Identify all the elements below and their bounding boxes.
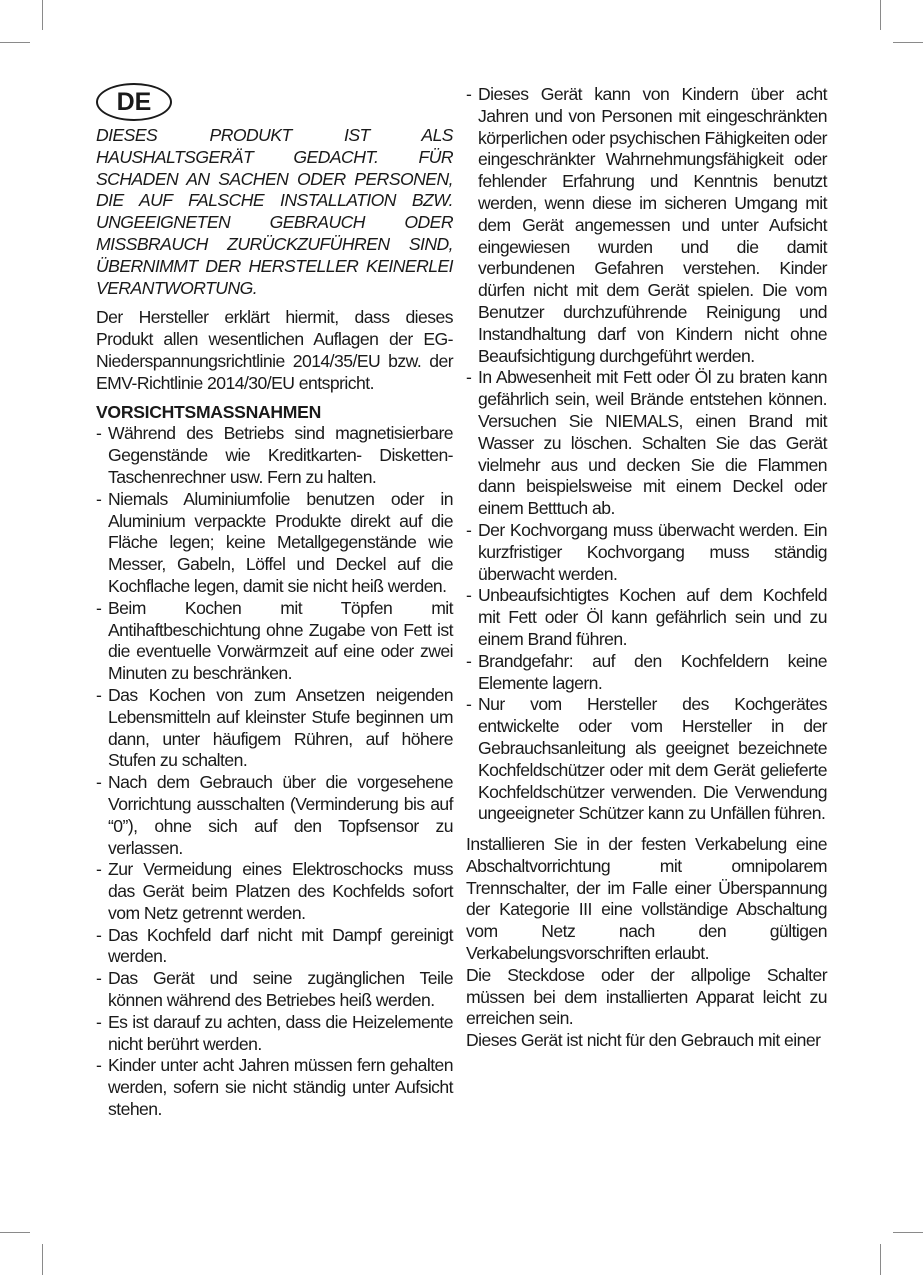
usage-paragraph: Dieses Gerät ist nicht für den Gebrauch … bbox=[466, 1030, 827, 1052]
list-item: Nach dem Gebrauch über die vorgesehene V… bbox=[96, 772, 453, 859]
list-item: Brandgefahr: auf den Kochfeldern keine E… bbox=[466, 651, 827, 695]
right-column: Dieses Gerät kann von Kindern über acht … bbox=[466, 84, 827, 1052]
list-item: In Abwesenheit mit Fett oder Öl zu brate… bbox=[466, 367, 827, 520]
crop-mark-bottom-left-v bbox=[42, 1244, 43, 1275]
language-code: DE bbox=[117, 88, 152, 117]
list-item: Beim Kochen mit Töpfen mit Antihaftbesch… bbox=[96, 598, 453, 685]
list-item: Das Kochen von zum Ansetzen neigenden Le… bbox=[96, 685, 453, 772]
crop-mark-bottom-right-h bbox=[893, 1232, 923, 1233]
precautions-list: Während des Betriebs sind magnetisierbar… bbox=[96, 423, 453, 1121]
crop-mark-top-right-h bbox=[893, 42, 923, 43]
crop-mark-bottom-left-h bbox=[0, 1232, 30, 1233]
section-heading-precautions: VORSICHTSMASSNAHMEN bbox=[96, 402, 453, 424]
list-item: Nur vom Hersteller des Kochgerätes entwi… bbox=[466, 694, 827, 825]
crop-mark-top-left-h bbox=[0, 42, 30, 43]
list-item: Unbeaufsichtigtes Kochen auf dem Kochfel… bbox=[466, 585, 827, 650]
list-item: Während des Betriebs sind magnetisierbar… bbox=[96, 423, 453, 488]
crop-mark-top-right-v bbox=[880, 0, 881, 30]
list-item: Zur Vermeidung eines Elektroschocks muss… bbox=[96, 859, 453, 924]
crop-mark-top-left-v bbox=[42, 0, 43, 30]
list-item: Kinder unter acht Jahren müssen fern geh… bbox=[96, 1055, 453, 1120]
list-item: Dieses Gerät kann von Kindern über acht … bbox=[466, 84, 827, 367]
language-badge: DE bbox=[96, 83, 172, 121]
conformity-declaration: Der Hersteller erklärt hiermit, dass die… bbox=[96, 307, 453, 394]
installation-paragraph: Installieren Sie in der festen Verkabelu… bbox=[466, 834, 827, 965]
list-item: Der Kochvorgang muss überwacht werden. E… bbox=[466, 520, 827, 585]
crop-mark-bottom-right-v bbox=[880, 1244, 881, 1275]
socket-paragraph: Die Steckdose oder der allpolige Schalte… bbox=[466, 965, 827, 1030]
list-item: Das Gerät und seine zugänglichen Teile k… bbox=[96, 968, 453, 1012]
liability-warning: DIESES PRODUKT IST ALS HAUSHALTSGERÄT GE… bbox=[96, 125, 453, 299]
list-item: Es ist darauf zu achten, dass die Heizel… bbox=[96, 1012, 453, 1056]
safety-list: Dieses Gerät kann von Kindern über acht … bbox=[466, 84, 827, 825]
left-column: DIESES PRODUKT IST ALS HAUSHALTSGERÄT GE… bbox=[96, 125, 453, 1121]
list-item: Das Kochfeld darf nicht mit Dampf gerein… bbox=[96, 925, 453, 969]
list-item: Niemals Aluminiumfolie benutzen oder in … bbox=[96, 489, 453, 598]
